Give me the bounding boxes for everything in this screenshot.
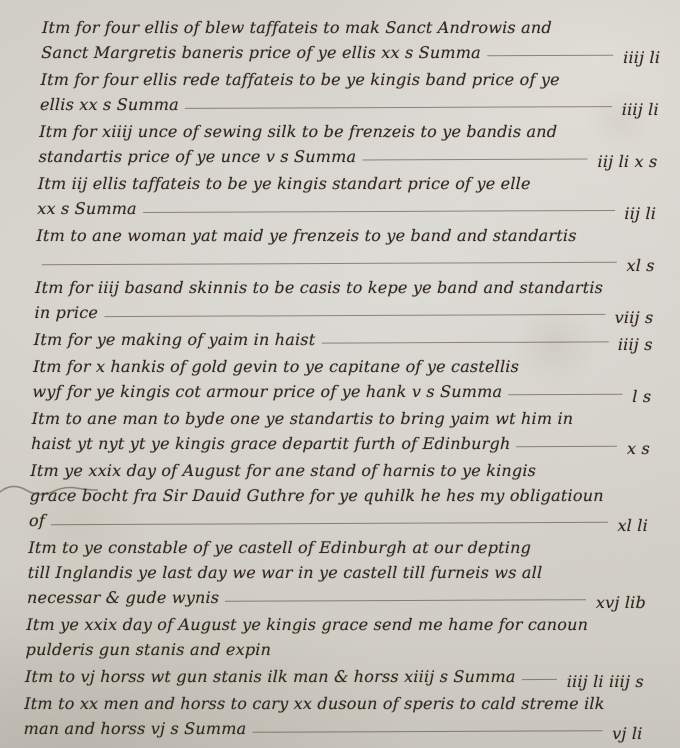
entry-line: pulderis gun stanis and expin xyxy=(25,637,645,662)
entry-amount: xl s xyxy=(622,253,655,278)
entry-sum-line: necessar & gude wynisxvj lib xyxy=(27,585,647,610)
entry-sum-text: Sanct Margretis baneris price of ye elli… xyxy=(41,40,481,65)
entry-sum-text: in price xyxy=(34,300,98,325)
account-entry: Itm for four ellis rede taffateis to be … xyxy=(40,67,660,117)
entry-line: Itm ye xxix day of August ye kingis grac… xyxy=(26,612,646,637)
account-entry: Itm for four ellis of blew taffateis to … xyxy=(41,15,661,65)
entry-amount: viij s xyxy=(610,305,653,330)
account-entry: Itm for xiiij unce of sewing silk to be … xyxy=(38,119,658,169)
entry-sum-text: standartis price of ye unce v s Summa xyxy=(38,144,356,169)
sum-rule-line xyxy=(510,431,623,456)
entry-sum-line: xl s xyxy=(36,248,656,273)
entry-amount: iij li x s xyxy=(593,149,658,174)
entry-line: grace bocht fra Sir Dauid Guthre for ye … xyxy=(29,483,649,508)
entry-sum-text: xx s Summa xyxy=(37,196,137,221)
entry-line: Itm to ye constable of ye castell of Edi… xyxy=(28,535,648,560)
sum-rule-line xyxy=(246,716,609,741)
account-entry: Itm to xx men and horss to cary xx dusou… xyxy=(23,691,643,741)
entry-sum-line: ofxl li xyxy=(29,508,649,533)
entry-sum-line: in priceviij s xyxy=(34,300,654,325)
entry-line: Itm ye xxix day of August for ane stand … xyxy=(30,458,650,483)
sum-rule-line xyxy=(219,585,593,610)
account-entry: Itm to ye constable of ye castell of Edi… xyxy=(27,535,648,610)
account-entries: Itm for four ellis of blew taffateis to … xyxy=(0,0,680,741)
entry-line: Itm for xiiij unce of sewing silk to be … xyxy=(39,119,659,144)
account-entry: Itm iij ellis taffateis to be ye kingis … xyxy=(37,171,657,221)
entry-sum-line: Sanct Margretis baneris price of ye elli… xyxy=(41,40,661,65)
entry-amount: vj li xyxy=(608,721,643,746)
entry-sum-text: necessar & gude wynis xyxy=(27,585,220,610)
entry-sum-line: ellis xx s Summaiiij li xyxy=(40,92,660,117)
entry-line: Itm for x hankis of gold gevin to ye cap… xyxy=(33,354,653,379)
account-entry: Itm ye xxix day of August ye kingis grac… xyxy=(25,612,645,662)
account-entry: Itm to ane man to byde one ye standartis… xyxy=(31,406,651,456)
entry-amount: iiij s xyxy=(614,332,653,357)
entry-sum-line: Itm for ye making of yaim in haistiiij s xyxy=(33,327,653,352)
entry-line: Itm for four ellis rede taffateis to be … xyxy=(40,67,660,92)
sum-rule-line xyxy=(136,196,620,221)
entry-line: Itm iij ellis taffateis to be ye kingis … xyxy=(38,171,658,196)
entry-line: Itm for four ellis of blew taffateis to … xyxy=(42,15,662,40)
sum-rule-line xyxy=(502,379,629,404)
sum-rule-line xyxy=(315,327,614,352)
entry-sum-text: Itm to vj horss wt gun stanis ilk man & … xyxy=(25,664,516,689)
sum-rule-line xyxy=(515,664,563,689)
entry-amount: iiij li xyxy=(617,97,659,122)
entry-sum-line: standartis price of ye unce v s Summaiij… xyxy=(38,144,658,169)
entry-amount: iiij li xyxy=(619,45,661,70)
entry-amount: iiij li iiij s xyxy=(562,669,644,694)
entry-sum-line: xx s Summaiij li xyxy=(37,196,657,221)
entry-amount: xl li xyxy=(613,513,648,538)
manuscript-page: Itm for four ellis of blew taffateis to … xyxy=(0,0,680,748)
entry-sum-text: man and horss vj s Summa xyxy=(23,716,246,741)
account-entry: Itm to ane woman yat maid ye frenzeis to… xyxy=(36,223,656,273)
entry-amount: x s xyxy=(623,436,651,461)
sum-rule-line xyxy=(356,144,594,169)
entry-amount: l s xyxy=(628,384,652,409)
entry-sum-text: haist yt nyt yt ye kingis grace departit… xyxy=(31,431,511,456)
entry-sum-text: Itm for ye making of yaim in haist xyxy=(33,327,315,352)
entry-line: Itm for iiij basand skinnis to be casis … xyxy=(35,275,655,300)
entry-line: Itm to ane woman yat maid ye frenzeis to… xyxy=(36,223,656,248)
entry-sum-line: man and horss vj s Summavj li xyxy=(23,716,643,741)
account-entry: Itm for x hankis of gold gevin to ye cap… xyxy=(32,354,652,404)
entry-sum-line: haist yt nyt yt ye kingis grace departit… xyxy=(31,431,651,456)
entry-sum-text: ellis xx s Summa xyxy=(40,92,180,117)
sum-rule-line xyxy=(481,40,620,65)
sum-rule-line xyxy=(98,300,611,325)
entry-line: Itm to ane man to byde one ye standartis… xyxy=(31,406,651,431)
sum-rule-line xyxy=(36,248,623,273)
entry-sum-text: of xyxy=(29,508,46,533)
entry-line: till Inglandis ye last day we war in ye … xyxy=(27,560,647,585)
sum-rule-line xyxy=(45,508,614,533)
entry-sum-line: Itm to vj horss wt gun stanis ilk man & … xyxy=(25,664,645,689)
entry-line: Itm to xx men and horss to cary xx dusou… xyxy=(24,691,644,716)
entry-sum-line: wyf for ye kingis cot armour price of ye… xyxy=(32,379,652,404)
account-entry: Itm for iiij basand skinnis to be casis … xyxy=(34,275,654,325)
account-entry: Itm for ye making of yaim in haistiiij s xyxy=(33,327,653,352)
entry-amount: xvj lib xyxy=(592,590,647,615)
account-entry: Itm ye xxix day of August for ane stand … xyxy=(29,458,650,533)
sum-rule-line xyxy=(179,92,619,117)
entry-sum-text: wyf for ye kingis cot armour price of ye… xyxy=(32,379,502,404)
account-entry: Itm to vj horss wt gun stanis ilk man & … xyxy=(25,664,645,689)
entry-amount: iij li xyxy=(620,201,656,226)
